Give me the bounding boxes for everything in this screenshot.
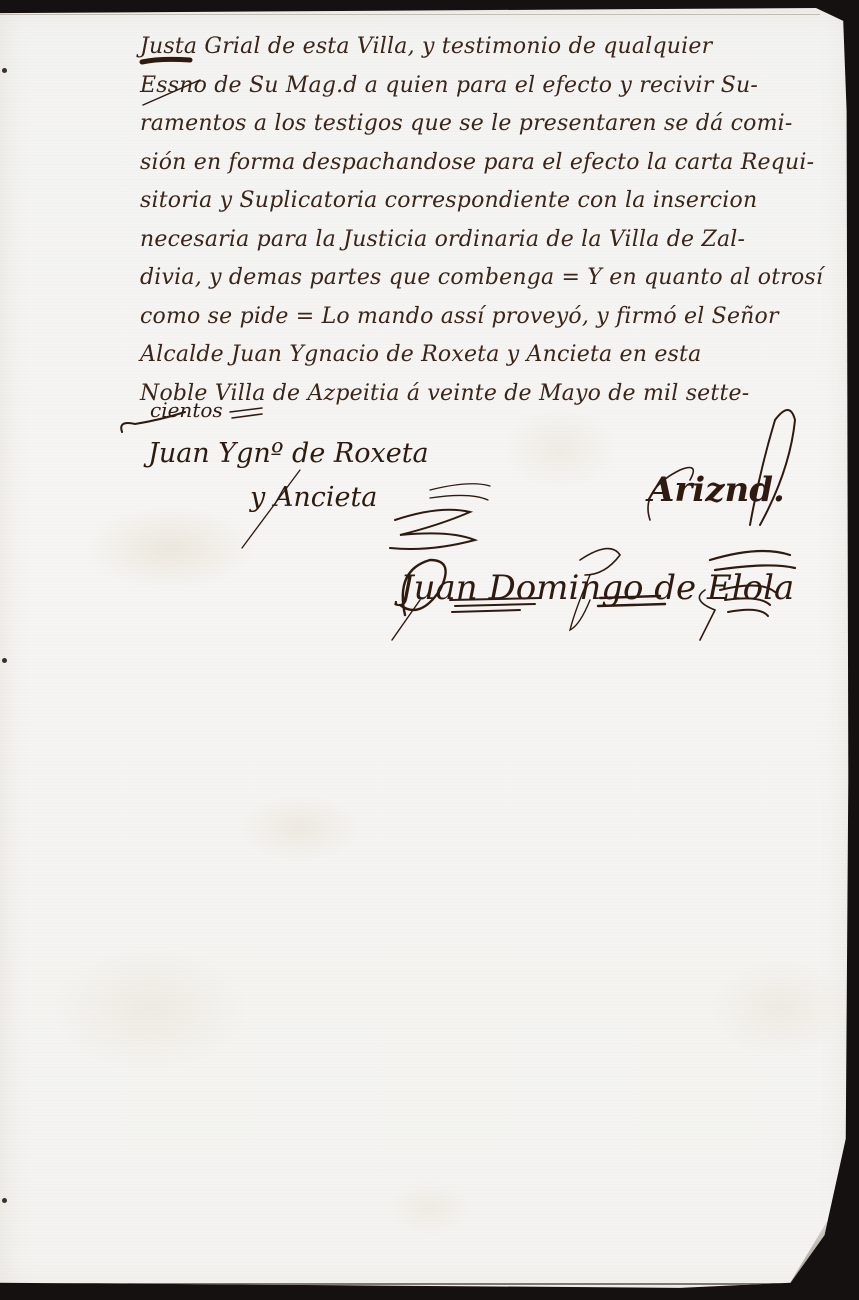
text-line: como se pide = Lo mando assí proveyó, y …	[140, 298, 840, 337]
manuscript-body-text: Justa Grial de esta Villa, y testimonio …	[140, 28, 840, 413]
binding-hole	[2, 68, 7, 73]
text-line: necesaria para la Justicia ordinaria de …	[140, 221, 840, 260]
text-line: sión en forma despachandose para el efec…	[140, 144, 840, 183]
text-line: Essno de Su Mag.d a quien para el efecto…	[140, 67, 840, 106]
binding-hole	[2, 1198, 7, 1203]
scanned-document: Justa Grial de esta Villa, y testimonio …	[0, 0, 859, 1300]
text-line: Justa Grial de esta Villa, y testimonio …	[140, 28, 840, 67]
page-bottom-edge	[0, 1283, 780, 1289]
folded-corner	[784, 1193, 844, 1283]
page-top-edge	[0, 8, 820, 15]
text-line: divia, y demas partes que combenga = Y e…	[140, 259, 840, 298]
text-line: Noble Villa de Azpeitia á veinte de Mayo…	[140, 375, 840, 414]
text-line: ramentos a los testigos que se le presen…	[140, 105, 840, 144]
text-line: Alcalde Juan Ygnacio de Roxeta y Ancieta…	[140, 336, 840, 375]
text-line: sitoria y Suplicatoria correspondiente c…	[140, 182, 840, 221]
binding-hole	[2, 658, 7, 663]
